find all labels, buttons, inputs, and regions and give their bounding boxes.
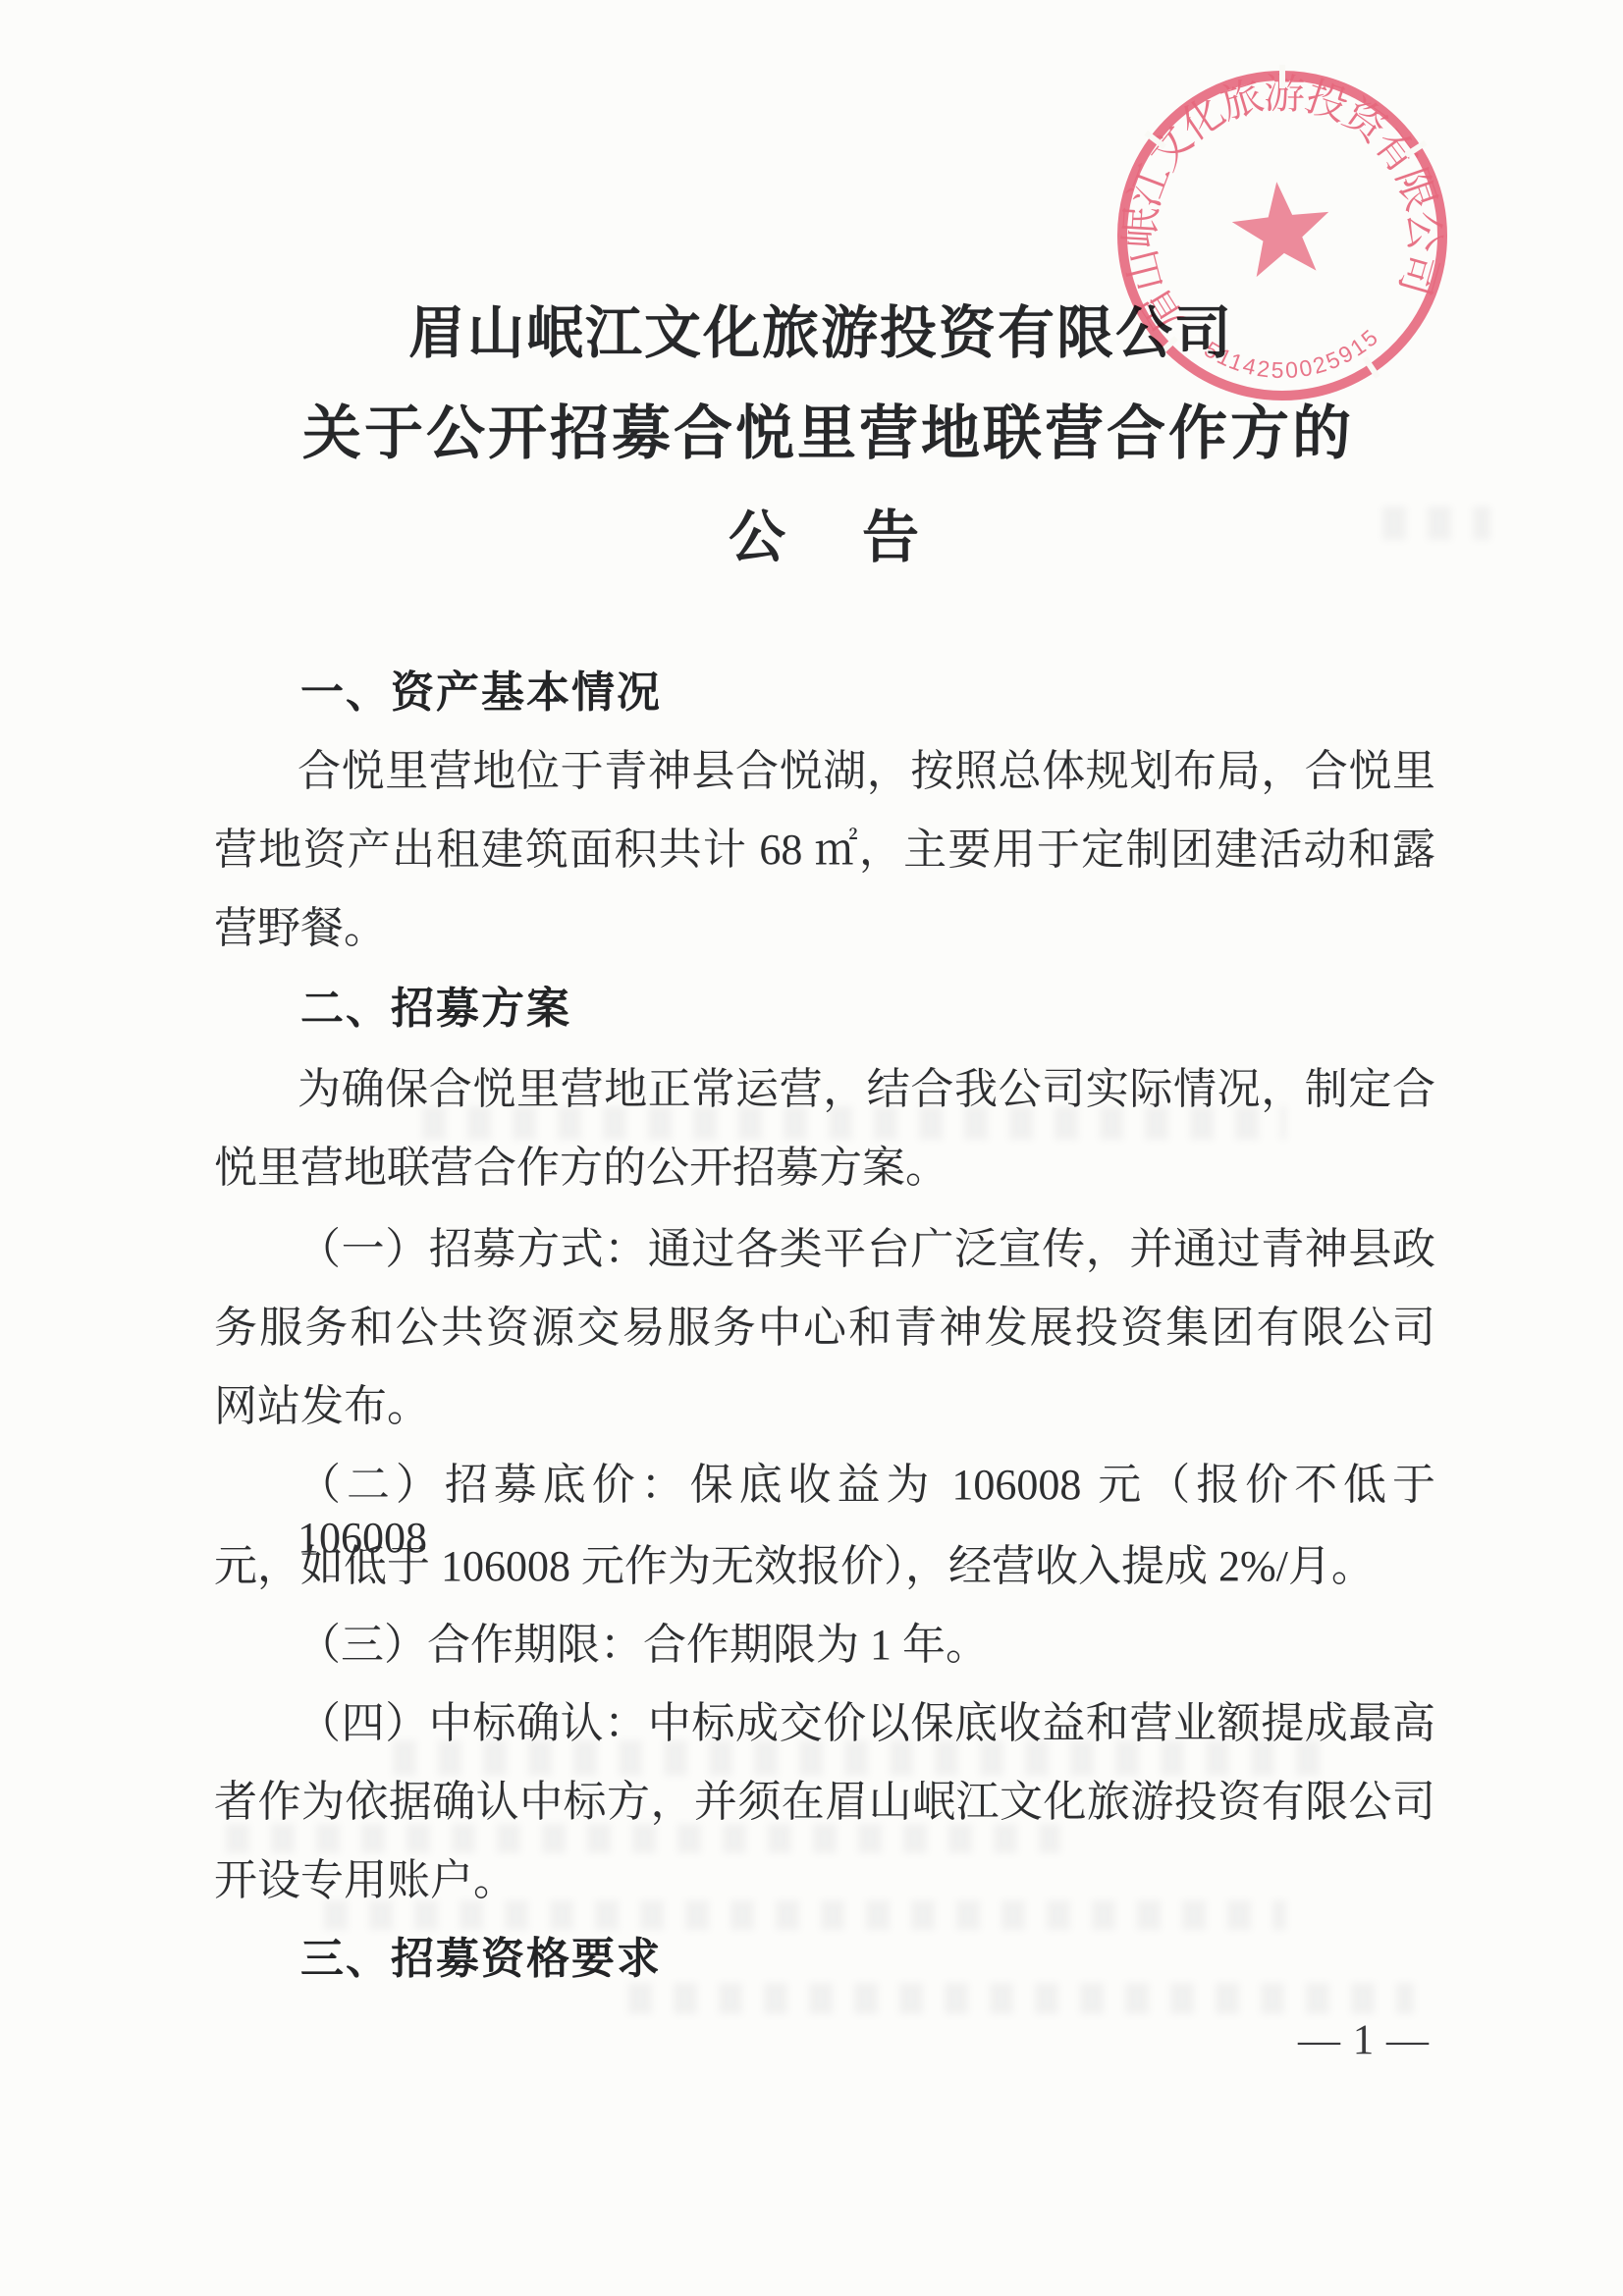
body-line: 悦里营地联营合作方的公开招募方案。	[214, 1142, 948, 1195]
bleed-through-artifact	[1382, 507, 1490, 540]
document-title-subject: 关于公开招募合悦里营地联营合作方的	[302, 387, 1354, 471]
section-heading-3: 三、招募资格要求	[300, 1933, 662, 1986]
body-line: 营地资产出租建筑面积共计 68 ㎡，主要用于定制团建活动和露	[214, 824, 1435, 877]
page-number: — 1 —	[1298, 2016, 1430, 2064]
body-line: 营野餐。	[214, 902, 387, 955]
body-line: 务服务和公共资源交易服务中心和青神发展投资集团有限公司	[214, 1302, 1435, 1355]
body-line: 者作为依据确认中标方，并须在眉山岷江文化旅游投资有限公司	[214, 1776, 1435, 1829]
body-line: 网站发布。	[214, 1380, 430, 1433]
section-heading-2: 二、招募方案	[300, 983, 571, 1036]
body-line: 合悦里营地位于青神县合悦湖，按照总体规划布局，合悦里	[298, 745, 1435, 798]
body-line: 为确保合悦里营地正常运营，结合我公司实际情况，制定合	[298, 1063, 1435, 1116]
company-seal-stamp: 眉山岷江文化旅游投资有限公司 5114250025915	[1077, 30, 1488, 441]
document-title-company: 眉山岷江文化旅游投资有限公司	[408, 287, 1233, 369]
seal-star-icon	[1228, 177, 1334, 279]
body-line: 元，如低于 106008 元作为无效报价），经营收入提成 2%/月。	[214, 1540, 1375, 1593]
body-line: （三）合作期限：合作期限为 1 年。	[298, 1619, 989, 1672]
scanned-announcement-page: { "document": { "title_lines": [ "眉山岷江文化…	[0, 0, 1623, 2296]
body-line: 开设专用账户。	[214, 1854, 516, 1907]
section-heading-1: 一、资产基本情况	[300, 667, 662, 720]
body-line: （四）中标确认：中标成交价以保底收益和营业额提成最高	[298, 1697, 1435, 1750]
document-title-announcement: 公 告	[729, 491, 929, 573]
bleed-through-artifact	[628, 1983, 1414, 2014]
body-line: （一）招募方式：通过各类平台广泛宣传，并通过青神县政	[298, 1223, 1435, 1276]
